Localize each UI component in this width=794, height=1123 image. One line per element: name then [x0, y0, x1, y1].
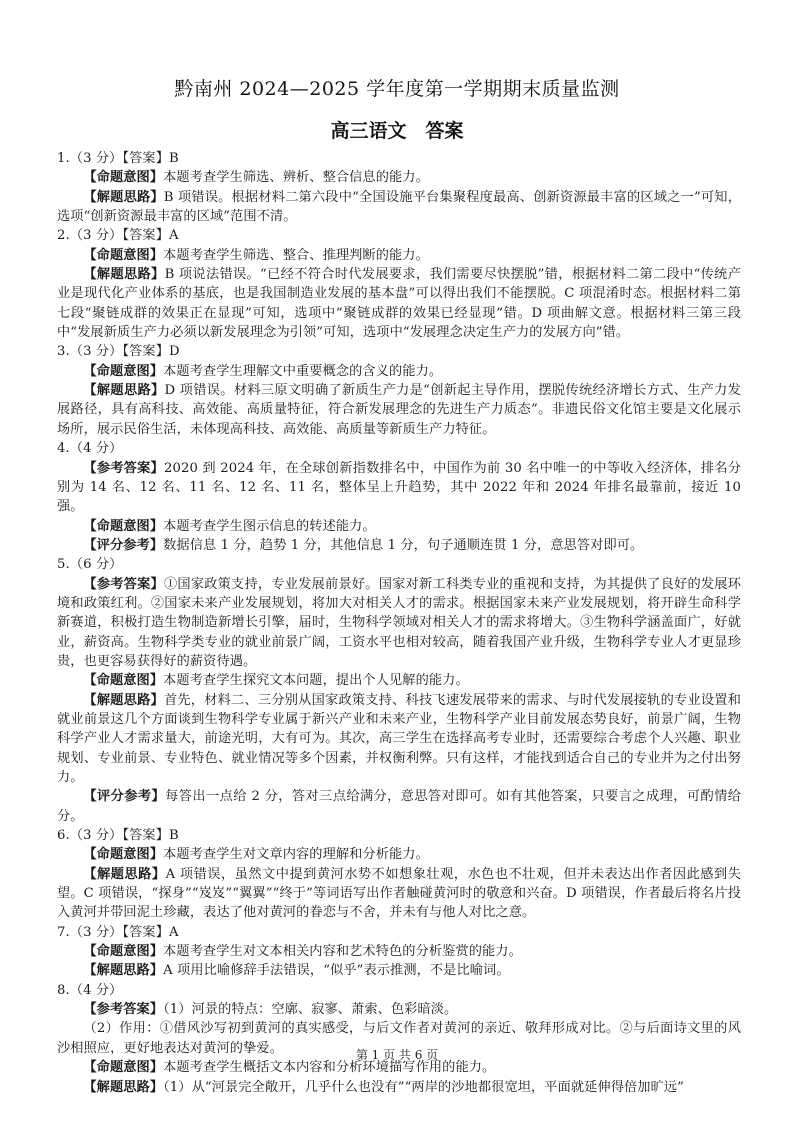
paragraph-text: 本题考查学生筛选、辨析、整合信息的能力。: [163, 170, 429, 185]
paragraph-text: 本题考查学生筛选、整合、推理判断的能力。: [163, 248, 429, 263]
question-head: 2.（3 分）【答案】A: [57, 226, 741, 245]
paragraph-text: 数据信息 1 分，趋势 1 分，其他信息 1 分，句子通顺连贯 1 分，意思答对…: [163, 538, 643, 553]
paragraph-tag: 【解题思路】: [83, 693, 164, 708]
paragraph-tag: 【评分参考】: [83, 538, 163, 553]
paragraph-tag: 【命题意图】: [83, 847, 163, 862]
paragraph: 【命题意图】本题考查学生理解文中重要概念的含义的能力。: [57, 362, 741, 381]
paragraph-text: 本题考查学生理解文中重要概念的含义的能力。: [163, 364, 442, 379]
question-7: 7.（3 分）【答案】A 【命题意图】本题考查学生对文本相关内容和艺术特色的分析…: [57, 923, 741, 981]
question-head: 8.（4 分）: [57, 981, 741, 1000]
question-head: 6.（3 分）【答案】B: [57, 826, 741, 845]
question-1: 1.（3 分）【答案】B 【命题意图】本题考查学生筛选、辨析、整合信息的能力。 …: [57, 149, 741, 226]
paragraph-tag: 【解题思路】: [83, 190, 163, 205]
paragraph-text: 本题考查学生对文章内容的理解和分析能力。: [163, 847, 429, 862]
paragraph-tag: 【解题思路】: [83, 267, 164, 282]
paragraph-text: 本题考查学生对文本相关内容和艺术特色的分析鉴赏的能力。: [163, 944, 522, 959]
paragraph: 【评分参考】数据信息 1 分，趋势 1 分，其他信息 1 分，句子通顺连贯 1 …: [57, 536, 741, 555]
paragraph: 【参考答案】（1）河景的特点：空廓、寂寥、萧索、色彩暗淡。: [57, 1000, 741, 1019]
paragraph: 【命题意图】本题考查学生图示信息的转述能力。: [57, 517, 741, 536]
paragraph: 【解题思路】A 项用比喻修辞手法错误，“似乎”表示推测，不是比喻词。: [57, 961, 741, 980]
paragraph-tag: 【参考答案】: [83, 461, 164, 476]
paragraph-tag: 【参考答案】: [83, 1002, 163, 1017]
document-title: 黔南州 2024—2025 学年度第一学期期末质量监测: [0, 74, 794, 101]
paragraph: 【解题思路】（1）从“河景完全敞开，几乎什么也没有”“两岸的沙地都很宽坦，平面就…: [57, 1078, 741, 1097]
paragraph-tag: 【命题意图】: [83, 673, 163, 688]
paragraph-tag: 【解题思路】: [83, 867, 165, 882]
paragraph-tag: 【解题思路】: [83, 1080, 163, 1095]
paragraph: 【解题思路】首先，材料二、三分别从国家政策支持、科技飞速发展带来的需求、与时代发…: [57, 691, 741, 788]
paragraph: 【命题意图】本题考查学生筛选、整合、推理判断的能力。: [57, 246, 741, 265]
paragraph-text: （1）从“河景完全敞开，几乎什么也没有”“两岸的沙地都很宽坦，平面就延伸得倍加旷…: [163, 1080, 684, 1095]
question-4: 4.（4 分） 【参考答案】2020 到 2024 年，在全球创新指数排名中，中…: [57, 439, 741, 555]
question-8: 8.（4 分） 【参考答案】（1）河景的特点：空廓、寂寥、萧索、色彩暗淡。 （2…: [57, 981, 741, 1097]
paragraph: 【解题思路】B 项说法错误。“已经不符合时代发展要求，我们需要尽快摆脱”错，根据…: [57, 265, 741, 342]
paragraph: 【解题思路】A 项错误，虽然文中提到黄河水势不如想象壮观，水色也不壮观，但并未表…: [57, 865, 741, 923]
paragraph-text: （1）河景的特点：空廓、寂寥、萧索、色彩暗淡。: [163, 1002, 457, 1017]
question-2: 2.（3 分）【答案】A 【命题意图】本题考查学生筛选、整合、推理判断的能力。 …: [57, 226, 741, 342]
question-head: 5.（6 分）: [57, 555, 741, 574]
question-head: 3.（3 分）【答案】D: [57, 342, 741, 361]
paragraph: 【参考答案】2020 到 2024 年，在全球创新指数排名中，中国作为前 30 …: [57, 459, 741, 517]
paragraph-text: 本题考查学生探究文本问题，提出个人见解的能力。: [163, 673, 469, 688]
question-head: 7.（3 分）【答案】A: [57, 923, 741, 942]
paragraph: 【命题意图】本题考查学生对文章内容的理解和分析能力。: [57, 845, 741, 864]
question-head: 4.（4 分）: [57, 439, 741, 458]
paragraph-tag: 【命题意图】: [83, 944, 163, 959]
paragraph: 【命题意图】本题考查学生探究文本问题，提出个人见解的能力。: [57, 671, 741, 690]
answer-body: 1.（3 分）【答案】B 【命题意图】本题考查学生筛选、辨析、整合信息的能力。 …: [57, 149, 741, 1097]
paragraph: 【解题思路】B 项错误。根据材料二第六段中“全国设施平台集聚程度最高、创新资源最…: [57, 188, 741, 227]
paragraph: 【评分参考】每答出一点给 2 分，答对三点给满分，意思答对即可。如有其他答案，只…: [57, 787, 741, 826]
paragraph: 【参考答案】①国家政策支持，专业发展前景好。国家对新工科类专业的重视和支持，为其…: [57, 575, 741, 672]
paragraph-text: A 项用比喻修辞手法错误，“似乎”表示推测，不是比喻词。: [163, 963, 510, 978]
paragraph-tag: 【解题思路】: [83, 963, 163, 978]
paragraph-tag: 【命题意图】: [83, 248, 163, 263]
question-6: 6.（3 分）【答案】B 【命题意图】本题考查学生对文章内容的理解和分析能力。 …: [57, 826, 741, 923]
paragraph-tag: 【命题意图】: [83, 170, 163, 185]
paragraph-text: 本题考查学生图示信息的转述能力。: [163, 519, 376, 534]
paragraph-tag: 【命题意图】: [83, 519, 163, 534]
paragraph-tag: 【解题思路】: [83, 383, 164, 398]
paragraph: 【命题意图】本题考查学生对文本相关内容和艺术特色的分析鉴赏的能力。: [57, 942, 741, 961]
question-head: 1.（3 分）【答案】B: [57, 149, 741, 168]
paragraph: 【命题意图】本题考查学生筛选、辨析、整合信息的能力。: [57, 168, 741, 187]
paragraph-tag: 【命题意图】: [83, 364, 163, 379]
document-subtitle: 高三语文 答案: [0, 116, 794, 143]
paragraph-tag: 【参考答案】: [83, 577, 164, 592]
paragraph-tag: 【评分参考】: [83, 789, 165, 804]
page-number: 第 1 页 共 6 页: [0, 1046, 794, 1063]
question-5: 5.（6 分） 【参考答案】①国家政策支持，专业发展前景好。国家对新工科类专业的…: [57, 555, 741, 826]
paragraph: 【解题思路】D 项错误。材料三原文明确了新质生产力是“创新起主导作用，摆脱传统经…: [57, 381, 741, 439]
question-3: 3.（3 分）【答案】D 【命题意图】本题考查学生理解文中重要概念的含义的能力。…: [57, 342, 741, 439]
